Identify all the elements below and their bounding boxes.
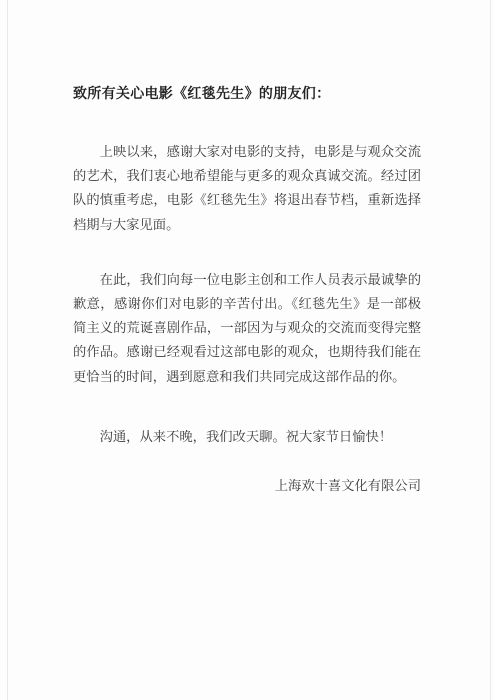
page-left-edge (7, 0, 8, 700)
letter-paragraph-closing-wish: 沟通，从来不晚，我们改天聊。祝大家节日愉快！ (73, 425, 421, 449)
letter-paragraph-apology: 在此，我们向每一位电影主创和工作人员表示最诚挚的歉意，感谢你们对电影的辛苦付出。… (73, 268, 421, 389)
letter-content: 致所有关心电影《红毯先生》的朋友们： 上映以来，感谢大家对电影的支持，电影是与观… (73, 0, 421, 494)
letter-salutation: 致所有关心电影《红毯先生》的朋友们： (73, 87, 421, 103)
letter-paragraph-support-withdrawal: 上映以来，感谢大家对电影的支持，电影是与观众交流的艺术，我们衷心地希望能与更多的… (73, 140, 421, 237)
page-right-edge (490, 0, 491, 700)
letter-page: 致所有关心电影《红毯先生》的朋友们： 上映以来，感谢大家对电影的支持，电影是与观… (0, 0, 494, 700)
letter-signature: 上海欢十喜文化有限公司 (73, 478, 421, 494)
